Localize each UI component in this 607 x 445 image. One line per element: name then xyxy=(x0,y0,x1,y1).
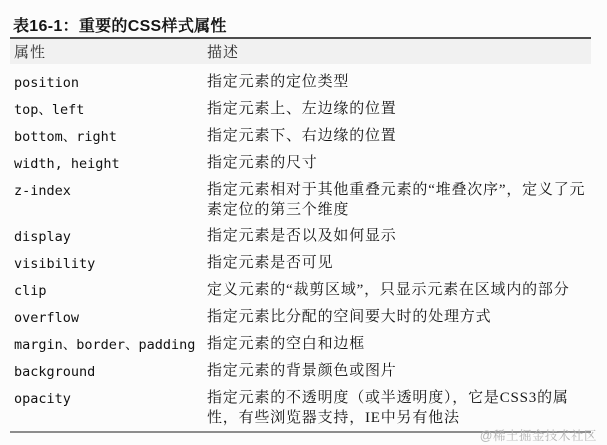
table-row: top、left指定元素上、左边缘的位置 xyxy=(10,96,591,123)
table-row: z-index指定元素相对于其他重叠元素的“堆叠次序”，定义了元素定位的第三个维… xyxy=(10,177,591,223)
property-cell: z-index xyxy=(10,180,207,201)
table-row: margin、border、padding指定元素的空白和边框 xyxy=(10,331,591,358)
table-row: width, height指定元素的尺寸 xyxy=(10,150,591,177)
description-cell: 指定元素的尺寸 xyxy=(207,153,591,173)
table-header-row: 属性 描述 xyxy=(10,39,591,64)
property-cell: margin、border、padding xyxy=(10,334,207,355)
css-properties-table: 属性 描述 position指定元素的定位类型top、left指定元素上、左边缘… xyxy=(10,37,591,433)
property-cell: top、left xyxy=(10,99,207,120)
property-cell: visibility xyxy=(10,253,207,274)
description-cell: 指定元素的不透明度（或半透明度），它是CSS3的属性，有些浏览器支持，IE中另有… xyxy=(207,388,591,428)
description-cell: 指定元素的空白和边框 xyxy=(207,334,591,354)
description-cell: 指定元素是否可见 xyxy=(207,253,591,273)
description-cell: 指定元素比分配的空间要大时的处理方式 xyxy=(207,307,591,327)
table-row: display指定元素是否以及如何显示 xyxy=(10,223,591,250)
property-cell: bottom、right xyxy=(10,126,207,147)
table-row: clip定义元素的“裁剪区域”，只显示元素在区域内的部分 xyxy=(10,277,591,304)
description-cell: 指定元素的背景颜色或图片 xyxy=(207,361,591,381)
header-property: 属性 xyxy=(10,41,207,62)
description-cell: 定义元素的“裁剪区域”，只显示元素在区域内的部分 xyxy=(207,280,591,300)
description-cell: 指定元素是否以及如何显示 xyxy=(207,226,591,246)
table-row: bottom、right指定元素下、右边缘的位置 xyxy=(10,123,591,150)
table-row: background指定元素的背景颜色或图片 xyxy=(10,358,591,385)
table-body: position指定元素的定位类型top、left指定元素上、左边缘的位置bot… xyxy=(10,64,591,431)
table-row: visibility指定元素是否可见 xyxy=(10,250,591,277)
table-row: overflow指定元素比分配的空间要大时的处理方式 xyxy=(10,304,591,331)
property-cell: clip xyxy=(10,280,207,301)
property-cell: display xyxy=(10,226,207,247)
header-description: 描述 xyxy=(207,41,591,62)
description-cell: 指定元素下、右边缘的位置 xyxy=(207,126,591,146)
table-row: opacity指定元素的不透明度（或半透明度），它是CSS3的属性，有些浏览器支… xyxy=(10,385,591,431)
property-cell: position xyxy=(10,72,207,93)
property-cell: overflow xyxy=(10,307,207,328)
property-cell: width, height xyxy=(10,153,207,174)
watermark: @稀土掘金技术社区 xyxy=(480,426,597,444)
property-cell: opacity xyxy=(10,388,207,409)
description-cell: 指定元素相对于其他重叠元素的“堆叠次序”，定义了元素定位的第三个维度 xyxy=(207,180,591,220)
table-row: position指定元素的定位类型 xyxy=(10,69,591,96)
description-cell: 指定元素的定位类型 xyxy=(207,72,591,92)
table-caption: 表16-1：重要的CSS样式属性 xyxy=(13,13,227,36)
description-cell: 指定元素上、左边缘的位置 xyxy=(207,99,591,119)
property-cell: background xyxy=(10,361,207,382)
